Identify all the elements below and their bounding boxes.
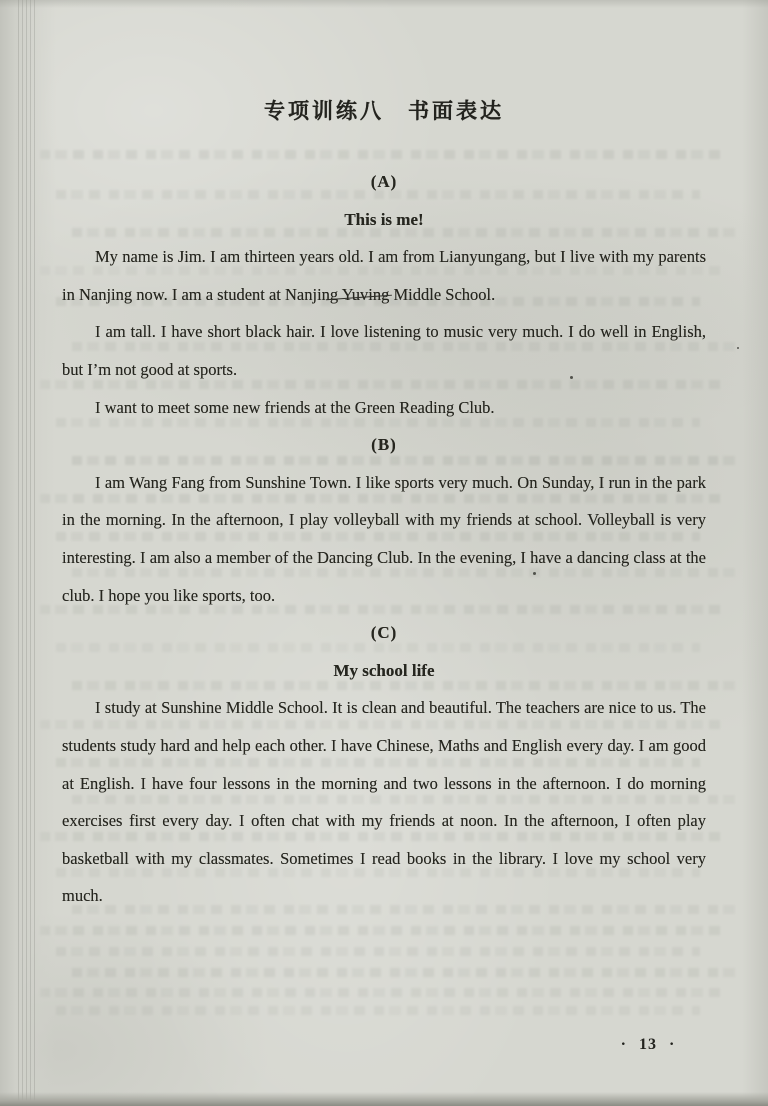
bottom-edge-shadow [0, 1092, 768, 1106]
bleedthrough-line [40, 926, 720, 935]
top-edge-shade [0, 0, 768, 8]
bleedthrough-line [72, 968, 740, 977]
ink-speck [570, 376, 573, 379]
text-run: I am tall. I have short black hair. I lo… [62, 322, 706, 379]
page-number: · 13 · [588, 1036, 708, 1054]
text-run: I am Wang Fang from Sunshine Town. I lik… [62, 473, 706, 605]
text-run: I study at Sunshine Middle School. It is… [62, 698, 706, 905]
ink-speck [737, 347, 739, 349]
bleedthrough-line [56, 1006, 700, 1015]
section-heading: This is me! [62, 201, 706, 239]
paragraph: I study at Sunshine Middle School. It is… [62, 689, 706, 915]
page-title: 专项训练八 书面表达 [62, 98, 706, 124]
section-label: (B) [62, 426, 706, 464]
paragraph: I am tall. I have short black hair. I lo… [62, 313, 706, 388]
section-label: (A) [62, 163, 706, 201]
bleedthrough-line [40, 150, 720, 159]
ink-speck [533, 572, 536, 575]
binding-crease-lines [18, 0, 35, 1106]
paragraph: I want to meet some new friends at the G… [62, 389, 706, 427]
paragraph: I am Wang Fang from Sunshine Town. I lik… [62, 464, 706, 614]
text-run: Middle School. [389, 285, 495, 304]
right-edge-shade [742, 0, 768, 1106]
scanned-page: 专项训练八 书面表达 (A)This is me!My name is Jim.… [0, 0, 768, 1106]
paragraph: My name is Jim. I am thirteen years old.… [62, 238, 706, 313]
struck-word: Yuving [342, 285, 390, 304]
document-body: (A)This is me!My name is Jim. I am thirt… [62, 163, 706, 915]
bleedthrough-line [40, 988, 720, 997]
section-heading: My school life [62, 652, 706, 690]
text-run: I want to meet some new friends at the G… [95, 398, 495, 417]
bleedthrough-line [56, 947, 700, 956]
section-label: (C) [62, 614, 706, 652]
